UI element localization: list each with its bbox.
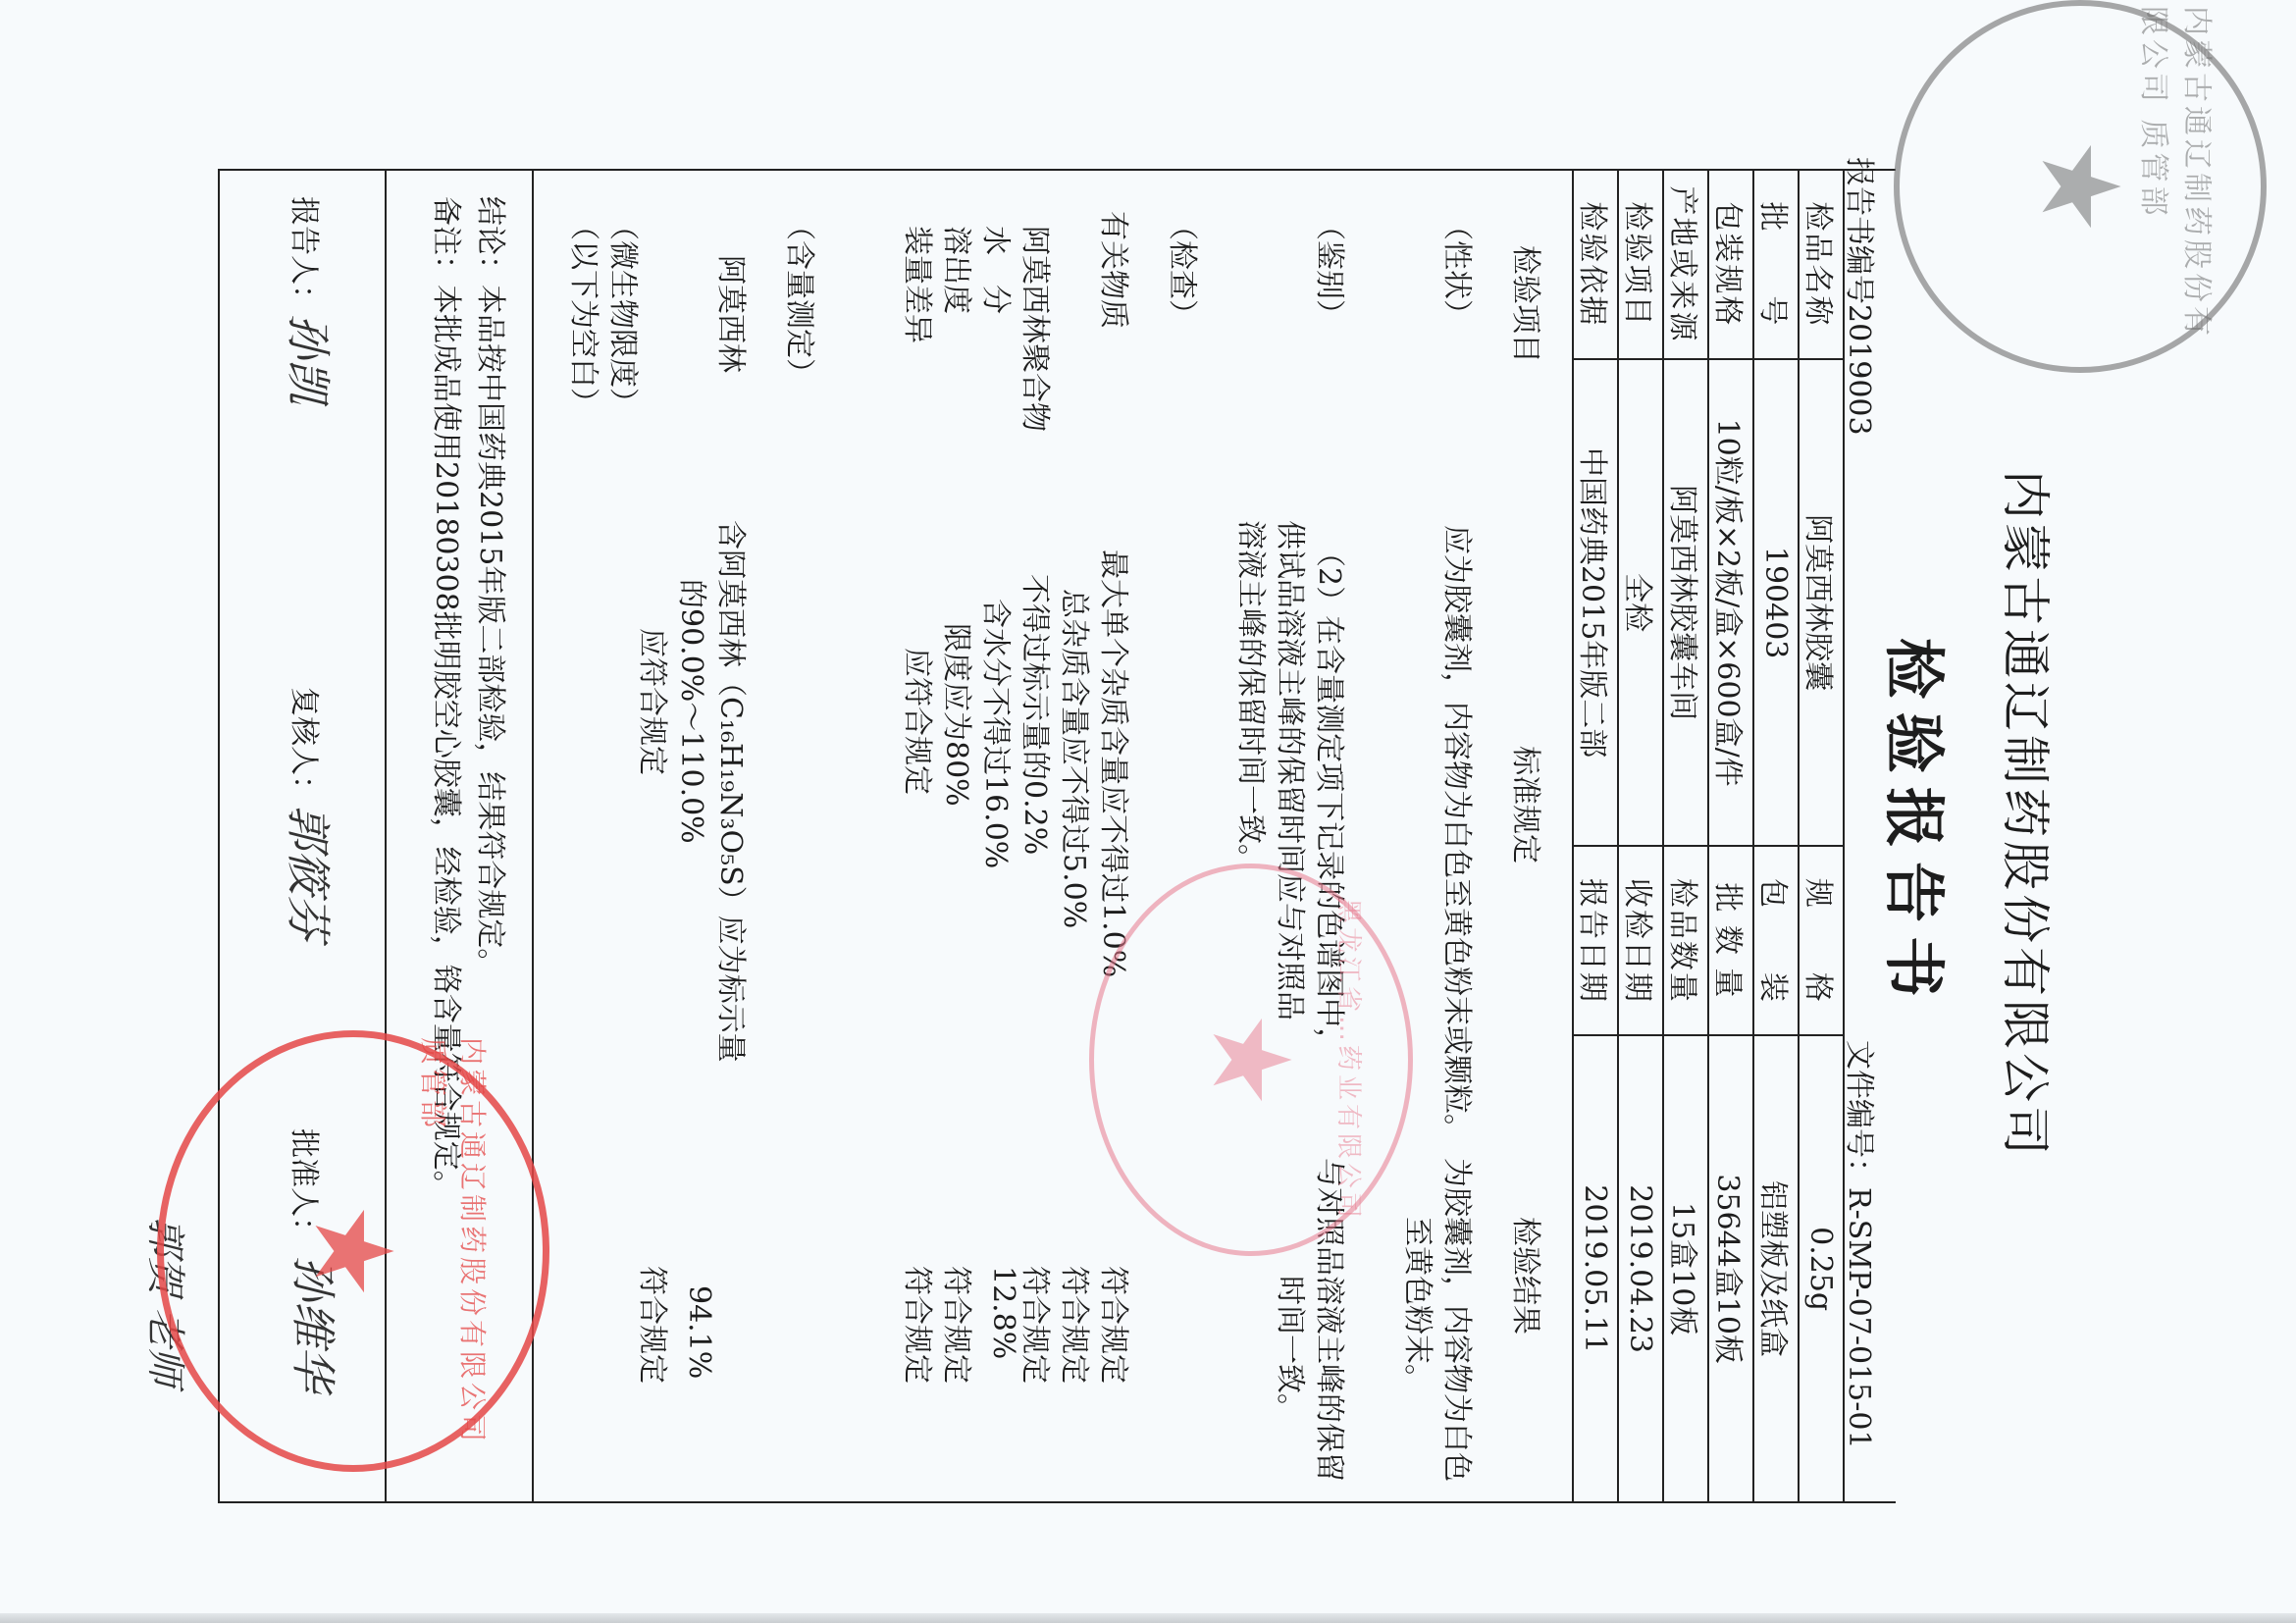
remark-label: 备注： [429,196,463,285]
quality-dept-seal: ★ 内蒙古通辽制药股份有限公司 质管部 [157,1030,549,1472]
company-name: 内蒙古通辽制药股份有限公司 [1994,412,2064,1217]
stamp-top-text: 内蒙古通辽制药股份有限公司 质管部 [2135,6,2221,367]
inspection-item-result: 符合规定 [1095,1266,1138,1384]
inspection-item-result: 符合规定 [1017,1266,1060,1384]
reporter-label: 报告人： [286,196,329,314]
section-appearance: （性状） [1438,211,1482,329]
stamp-bottom-text: 内蒙古通辽制药股份有限公司 质管部 [415,1037,494,1465]
column-header-result: 检验结果 [1507,1217,1550,1335]
section-inspection: （检查） [1164,211,1207,329]
assay-standard-2: 的90.0%～110.0% [673,579,716,844]
inspection-item-name: 有关物质 [1095,211,1138,329]
star-icon: ★ [299,1203,407,1300]
inspection-item-standard: 总杂质含量应不得过5.0% [1056,589,1099,928]
reporter-signature: 孙凯 [279,314,343,404]
inspection-item-name: 溶出度 [938,226,981,314]
microbial-standard: 应符合规定 [634,628,677,775]
appearance-result-2: 至黄色粉末。 [1399,1217,1442,1393]
section-assay: （含量测定） [781,211,824,388]
inspection-item-name: 水 分 [977,226,1020,314]
inspection-item-standard: 含水分不得过16.0% [977,599,1020,868]
assay-result: 94.1% [682,1285,716,1379]
conclusion-text: 本品按中国药典2015年版二部检验，结果符合规定。 [473,285,507,977]
scanned-report: 内蒙古通辽制药股份有限公司 检验报告书 报告书编号2019003 文件编号：R-… [0,0,2296,1623]
report-page: 内蒙古通辽制药股份有限公司 检验报告书 报告书编号2019003 文件编号：R-… [0,0,2296,1623]
reviewer-label: 复核人： [286,687,329,805]
inspection-item-result: 符合规定 [1056,1266,1099,1384]
star-icon: ★ [2026,138,2134,236]
third-party-seal: ★ 黑龙江省…药业有限公司 [1089,864,1413,1256]
microbial-result: 符合规定 [634,1266,677,1384]
column-header-standard: 标准规定 [1507,746,1550,864]
inspection-item-standard: 应符合规定 [899,648,942,795]
column-header-item: 检验项目 [1507,245,1550,363]
star-icon: ★ [1197,1012,1305,1109]
inspection-item-standard: 限度应为80% [938,623,981,807]
inspection-item-result: 符合规定 [938,1266,981,1384]
inspection-item-name: 阿莫西林聚合物 [1017,226,1060,432]
identification-standard-3: 溶液主峰的保留时间一致。 [1232,520,1276,873]
inspection-item-result: 12.8% [986,1266,1020,1359]
reviewer-signature: 郭筱芬 [279,805,343,940]
assay-standard-1: 含阿莫西林（C₁₆H₁₉N₃O₅S）应为标示量 [712,520,756,1063]
inspection-item-name: 装量差异 [899,226,942,343]
inspection-item-standard: 最大单个杂质含量应不得过1.0% [1095,550,1138,977]
section-identification: （鉴别） [1311,211,1354,329]
conclusion: 结论：本品按中国药典2015年版二部检验，结果符合规定。 [472,196,515,977]
conclusion-label: 结论： [473,196,507,285]
assay-item: 阿莫西林 [712,255,756,373]
scan-edge [0,1613,2296,1623]
identification-result-2: 时间一致。 [1272,1276,1315,1423]
inspection-item-result: 符合规定 [899,1266,942,1384]
stamp-middle-text: 黑龙江省…药业有限公司 [1332,898,1369,1222]
appearance-result-1: 为胶囊剂，内容物为白色 [1438,1158,1482,1482]
company-seal-top: ★ 内蒙古通辽制药股份有限公司 质管部 [1894,0,2267,373]
section-blank: （以下为空白） [565,211,608,417]
inspection-item-standard: 不得过标示量的0.2% [1017,574,1060,855]
appearance-standard: 应为胶囊剂，内容物为白色至黄色粉末或颗粒。 [1438,525,1482,1143]
section-microbial: （微生物限度） [604,211,648,417]
